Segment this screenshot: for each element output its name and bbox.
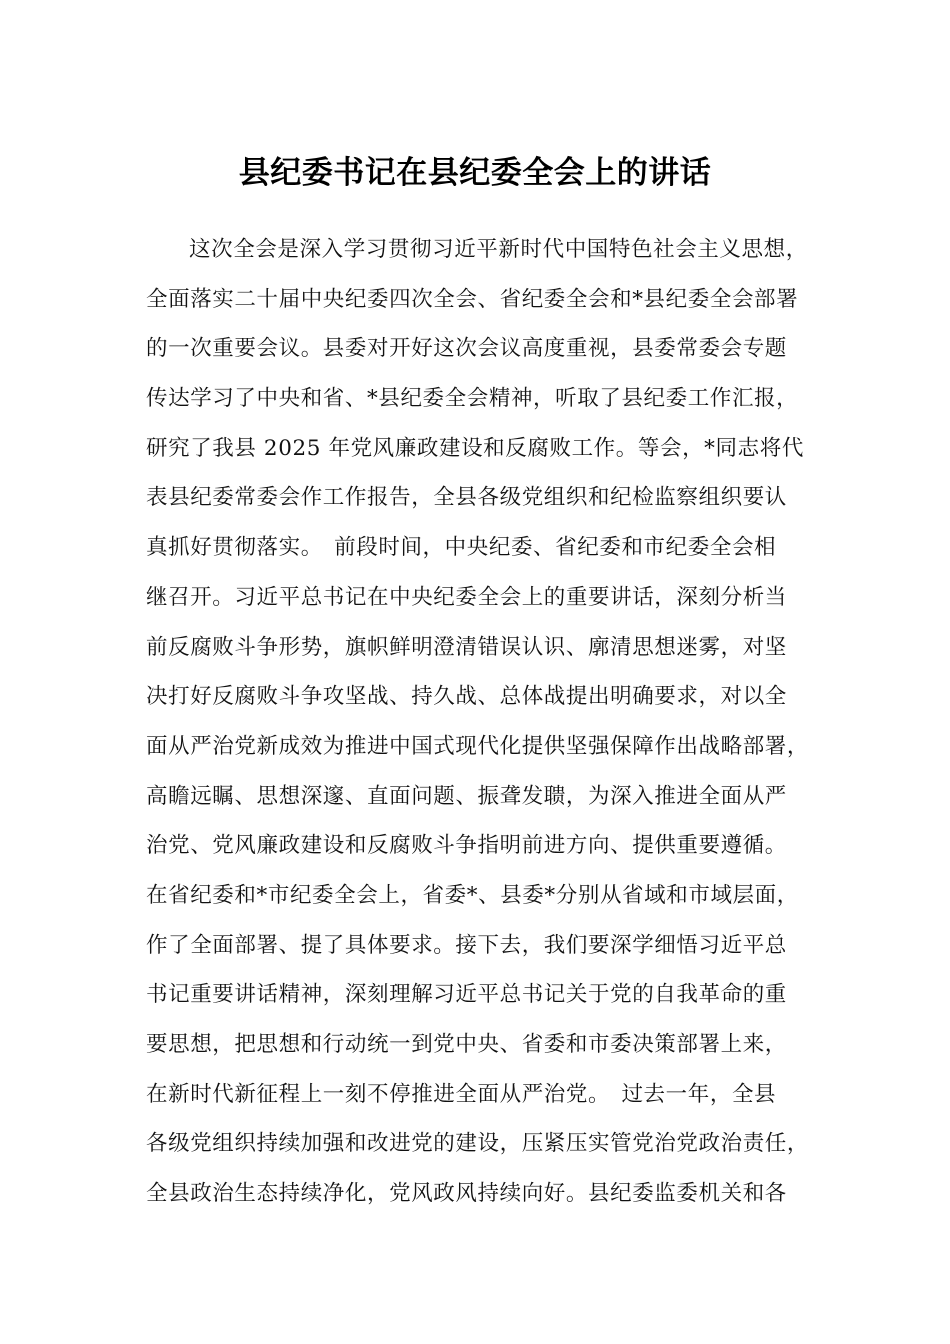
body-line: 高瞻远瞩、思想深邃、直面问题、振聋发聩，为深入推进全面从严 xyxy=(146,776,846,826)
body-line: 在省纪委和*市纪委全会上，省委*、县委*分别从省域和市域层面， xyxy=(146,875,846,925)
body-line: 研究了我县 2025 年党风廉政建设和反腐败工作。等会，*同志将代 xyxy=(146,428,846,478)
body-line: 真抓好贯彻落实。 前段时间，中央纪委、省纪委和市纪委全会相 xyxy=(146,527,846,577)
body-line: 各级党组织持续加强和改进党的建设，压紧压实管党治党政治责任， xyxy=(146,1123,846,1173)
body-line: 前反腐败斗争形势，旗帜鲜明澄清错误认识、廓清思想迷雾，对坚 xyxy=(146,627,846,677)
document-body: 这次全会是深入学习贯彻习近平新时代中国特色社会主义思想， 全面落实二十届中央纪委… xyxy=(146,229,846,1223)
body-line: 全县政治生态持续净化，党风政风持续向好。县纪委监委机关和各 xyxy=(146,1173,846,1223)
body-line: 作了全面部署、提了具体要求。接下去，我们要深学细悟习近平总 xyxy=(146,925,846,975)
body-line: 决打好反腐败斗争攻坚战、持久战、总体战提出明确要求，对以全 xyxy=(146,676,846,726)
body-line: 传达学习了中央和省、*县纪委全会精神，听取了县纪委工作汇报， xyxy=(146,378,846,428)
body-line: 要思想，把思想和行动统一到党中央、省委和市委决策部署上来， xyxy=(146,1024,846,1074)
document-title: 县纪委书记在县纪委全会上的讲话 xyxy=(0,153,950,193)
body-line: 面从严治党新成效为推进中国式现代化提供坚强保障作出战略部署， xyxy=(146,726,846,776)
body-line: 这次全会是深入学习贯彻习近平新时代中国特色社会主义思想， xyxy=(146,229,846,279)
body-line: 的一次重要会议。县委对开好这次会议高度重视，县委常委会专题 xyxy=(146,328,846,378)
body-line: 书记重要讲话精神，深刻理解习近平总书记关于党的自我革命的重 xyxy=(146,974,846,1024)
body-line: 继召开。习近平总书记在中央纪委全会上的重要讲话，深刻分析当 xyxy=(146,577,846,627)
body-line: 表县纪委常委会作工作报告，全县各级党组织和纪检监察组织要认 xyxy=(146,477,846,527)
body-line: 在新时代新征程上一刻不停推进全面从严治党。 过去一年，全县 xyxy=(146,1074,846,1124)
body-line: 全面落实二十届中央纪委四次全会、省纪委全会和*县纪委全会部署 xyxy=(146,279,846,329)
document-page: 县纪委书记在县纪委全会上的讲话 这次全会是深入学习贯彻习近平新时代中国特色社会主… xyxy=(0,0,950,1344)
body-line: 治党、党风廉政建设和反腐败斗争指明前进方向、提供重要遵循。 xyxy=(146,825,846,875)
